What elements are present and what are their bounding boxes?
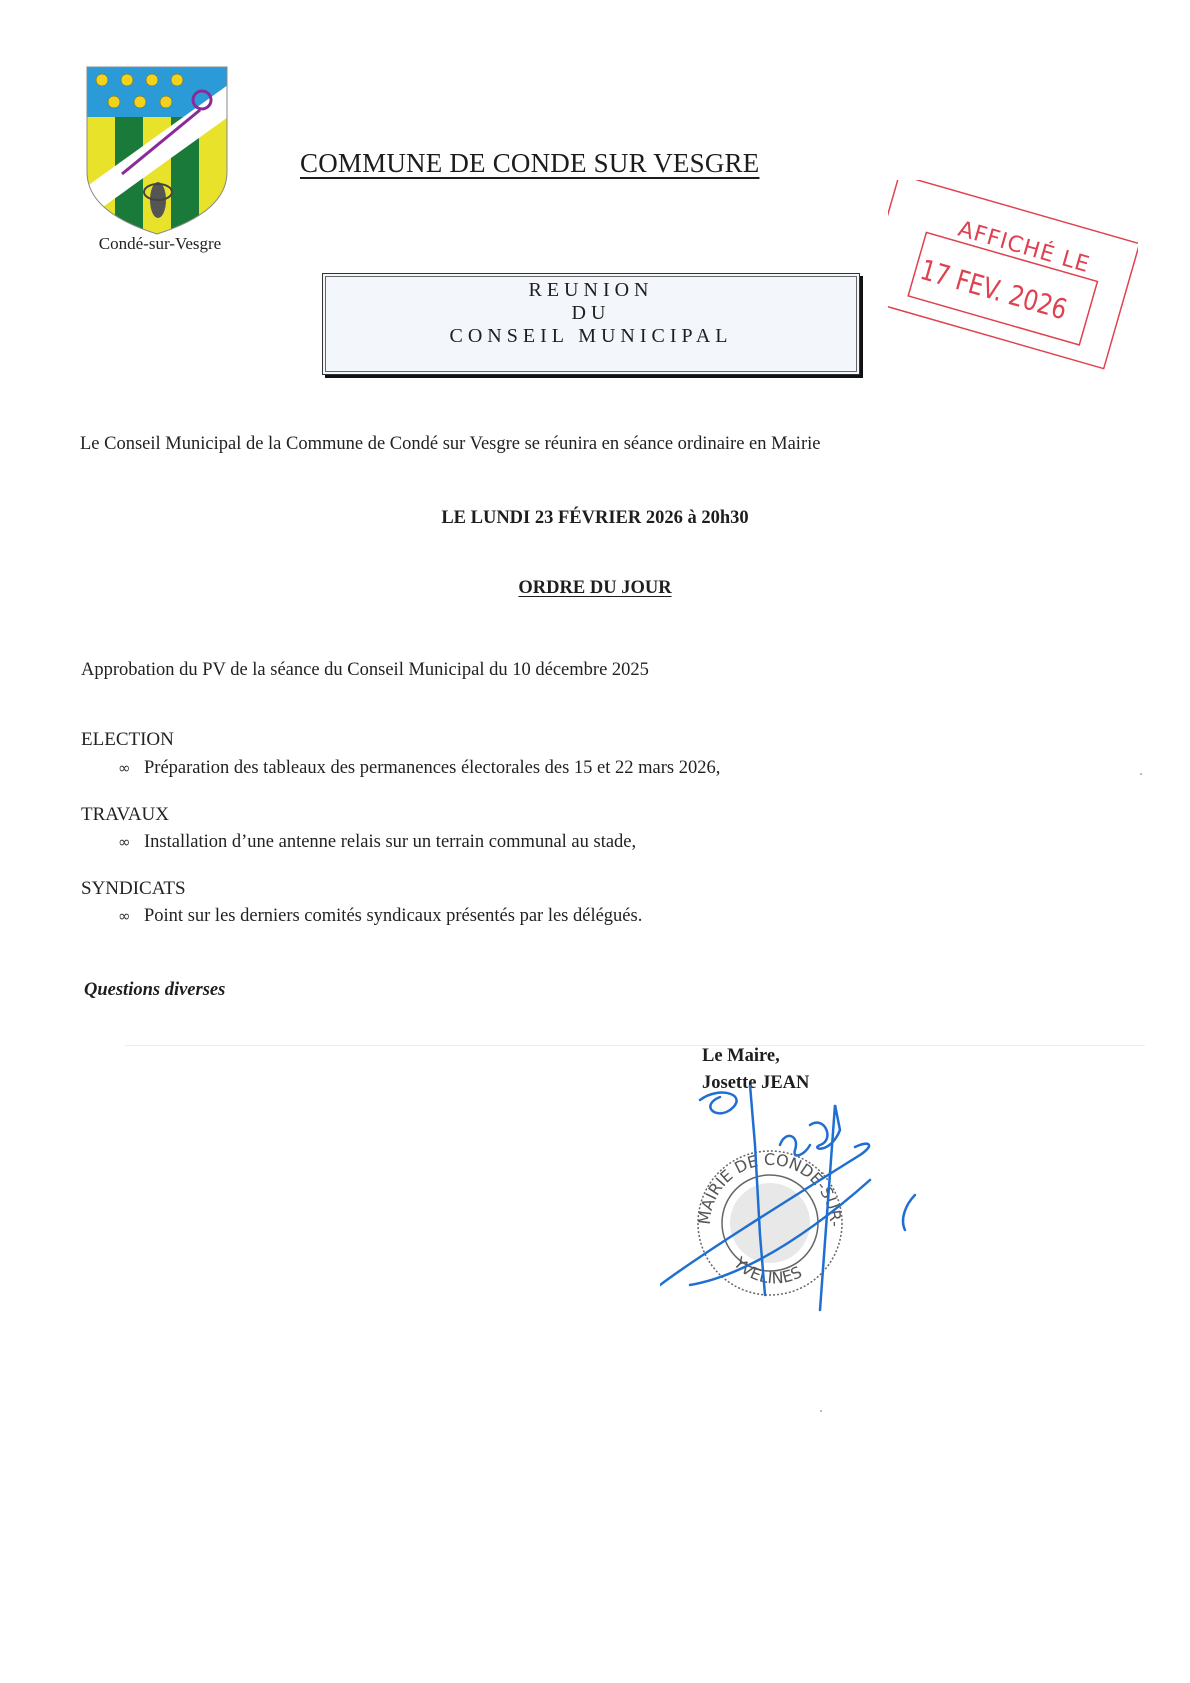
intro-paragraph: Le Conseil Municipal de la Commune de Co…	[80, 434, 820, 455]
agenda-item: ∞ Installation d’une antenne relais sur …	[118, 832, 636, 853]
bullet-icon: ∞	[118, 759, 144, 777]
meeting-date: LE LUNDI 23 FÉVRIER 2026 à 20h30	[0, 508, 1190, 529]
agenda-item-text: Point sur les derniers comités syndicaux…	[144, 906, 642, 927]
posted-date-stamp: AFFICHÉ LE 17 FEV. 2026	[888, 180, 1138, 370]
agenda-item: ∞ Préparation des tableaux des permanenc…	[118, 758, 720, 779]
meeting-box-line-3: CONSEIL MUNICIPAL	[323, 325, 859, 348]
commune-crest-logo	[82, 62, 232, 237]
section-heading-travaux: TRAVAUX	[81, 804, 169, 826]
bullet-icon: ∞	[118, 907, 144, 925]
bullet-icon: ∞	[118, 833, 144, 851]
section-heading-syndicats: SYNDICATS	[81, 878, 186, 900]
meeting-box-line-2: DU	[323, 302, 859, 325]
scan-speck	[820, 1410, 822, 1412]
agenda-heading: ORDRE DU JOUR	[0, 578, 1190, 599]
meeting-title-box: REUNION DU CONSEIL MUNICIPAL	[322, 273, 860, 375]
agenda-item-text: Installation d’une antenne relais sur un…	[144, 832, 636, 853]
page-title: COMMUNE DE CONDE SUR VESGRE	[300, 148, 759, 179]
meeting-box-line-1: REUNION	[323, 279, 859, 302]
agenda-approval-item: Approbation du PV de la séance du Consei…	[81, 660, 649, 681]
mayor-title: Le Maire,	[702, 1046, 780, 1067]
misc-questions: Questions diverses	[84, 980, 225, 1001]
agenda-item: ∞ Point sur les derniers comités syndica…	[118, 906, 642, 927]
scan-speck	[1140, 773, 1142, 775]
section-heading-election: ELECTION	[81, 729, 174, 751]
official-seal-and-signature: MAIRIE DE CONDÉ-SUR-VESGRE YVELINES	[660, 1085, 930, 1315]
crest-caption: Condé-sur-Vesgre	[60, 234, 260, 254]
agenda-item-text: Préparation des tableaux des permanences…	[144, 758, 720, 779]
divider	[125, 1045, 1145, 1046]
